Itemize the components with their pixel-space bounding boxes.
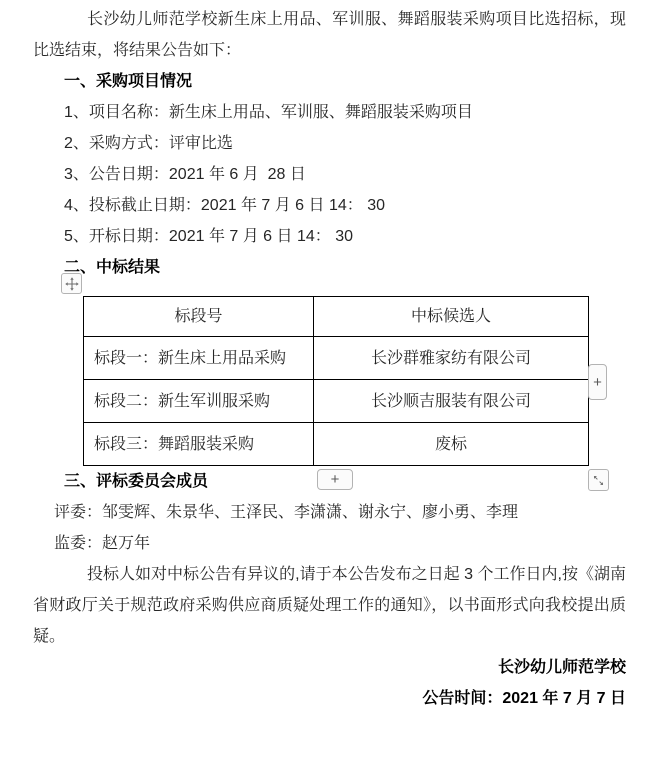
supervisor-line: 监委：赵万年: [33, 528, 626, 559]
signature-line: 长沙幼儿师范学校: [33, 652, 626, 683]
section-1-heading: 一、采购项目情况: [33, 66, 626, 97]
objection-paragraph: 投标人如对中标公告有异议的,请于本公告发布之日起 3 个工作日内,按《湖南省财政…: [33, 559, 626, 652]
document-page: { "document": { "intro": "长沙幼儿师范学校新生床上用品…: [0, 0, 667, 773]
table-row: 标段三：舞蹈服装采购 废标: [84, 423, 589, 466]
intro-paragraph: 长沙幼儿师范学校新生床上用品、军训服、舞蹈服装采购项目比选招标，现比选结束，将结…: [33, 4, 626, 66]
table-header-row: 标段号 中标候选人: [84, 297, 589, 337]
table-row: 标段二：新生军训服采购 长沙顺吉服装有限公司: [84, 380, 589, 423]
table-resize-handle[interactable]: [588, 469, 609, 491]
plus-icon: +: [331, 472, 340, 487]
table-row: 标段一：新生床上用品采购 长沙群雅家纺有限公司: [84, 337, 589, 380]
announcement-date-line: 公告时间：2021 年 7 月 7 日: [33, 683, 626, 714]
bid-opening-date-item: 5、开标日期：2021 年 7 月 6 日 14： 30: [33, 221, 626, 252]
table-header-lot: 标段号: [84, 297, 314, 337]
table-header-winner: 中标候选人: [314, 297, 589, 337]
table-cell-winner-2: 长沙顺吉服装有限公司: [314, 380, 589, 423]
project-name-item: 1、项目名称：新生床上用品、军训服、舞蹈服装采购项目: [33, 97, 626, 128]
table-cell-lot-3: 标段三：舞蹈服装采购: [84, 423, 314, 466]
resize-icon: [592, 474, 605, 487]
announcement-body: 长沙幼儿师范学校新生床上用品、军训服、舞蹈服装采购项目比选招标，现比选结束，将结…: [0, 0, 667, 714]
table-cell-lot-1: 标段一：新生床上用品采购: [84, 337, 314, 380]
bid-deadline-item: 4、投标截止日期：2021 年 7 月 6 日 14： 30: [33, 190, 626, 221]
add-row-button[interactable]: +: [317, 469, 353, 490]
announcement-date-item: 3、公告日期：2021 年 6 月 28 日: [33, 159, 626, 190]
bid-results-table: 标段号 中标候选人 标段一：新生床上用品采购 长沙群雅家纺有限公司 标段二：新生…: [83, 296, 589, 466]
procurement-method-item: 2、采购方式：评审比选: [33, 128, 626, 159]
table-cell-winner-3: 废标: [314, 423, 589, 466]
table-move-handle[interactable]: [61, 273, 82, 294]
add-column-button[interactable]: +: [588, 364, 607, 400]
section-2-heading: 二、中标结果: [33, 252, 626, 283]
table-cell-winner-1: 长沙群雅家纺有限公司: [314, 337, 589, 380]
judges-line: 评委：邹雯辉、朱景华、王泽民、李潇潇、谢永宁、廖小勇、李理: [33, 497, 626, 528]
move-icon: [65, 277, 79, 291]
plus-icon: +: [593, 375, 602, 390]
table-cell-lot-2: 标段二：新生军训服采购: [84, 380, 314, 423]
